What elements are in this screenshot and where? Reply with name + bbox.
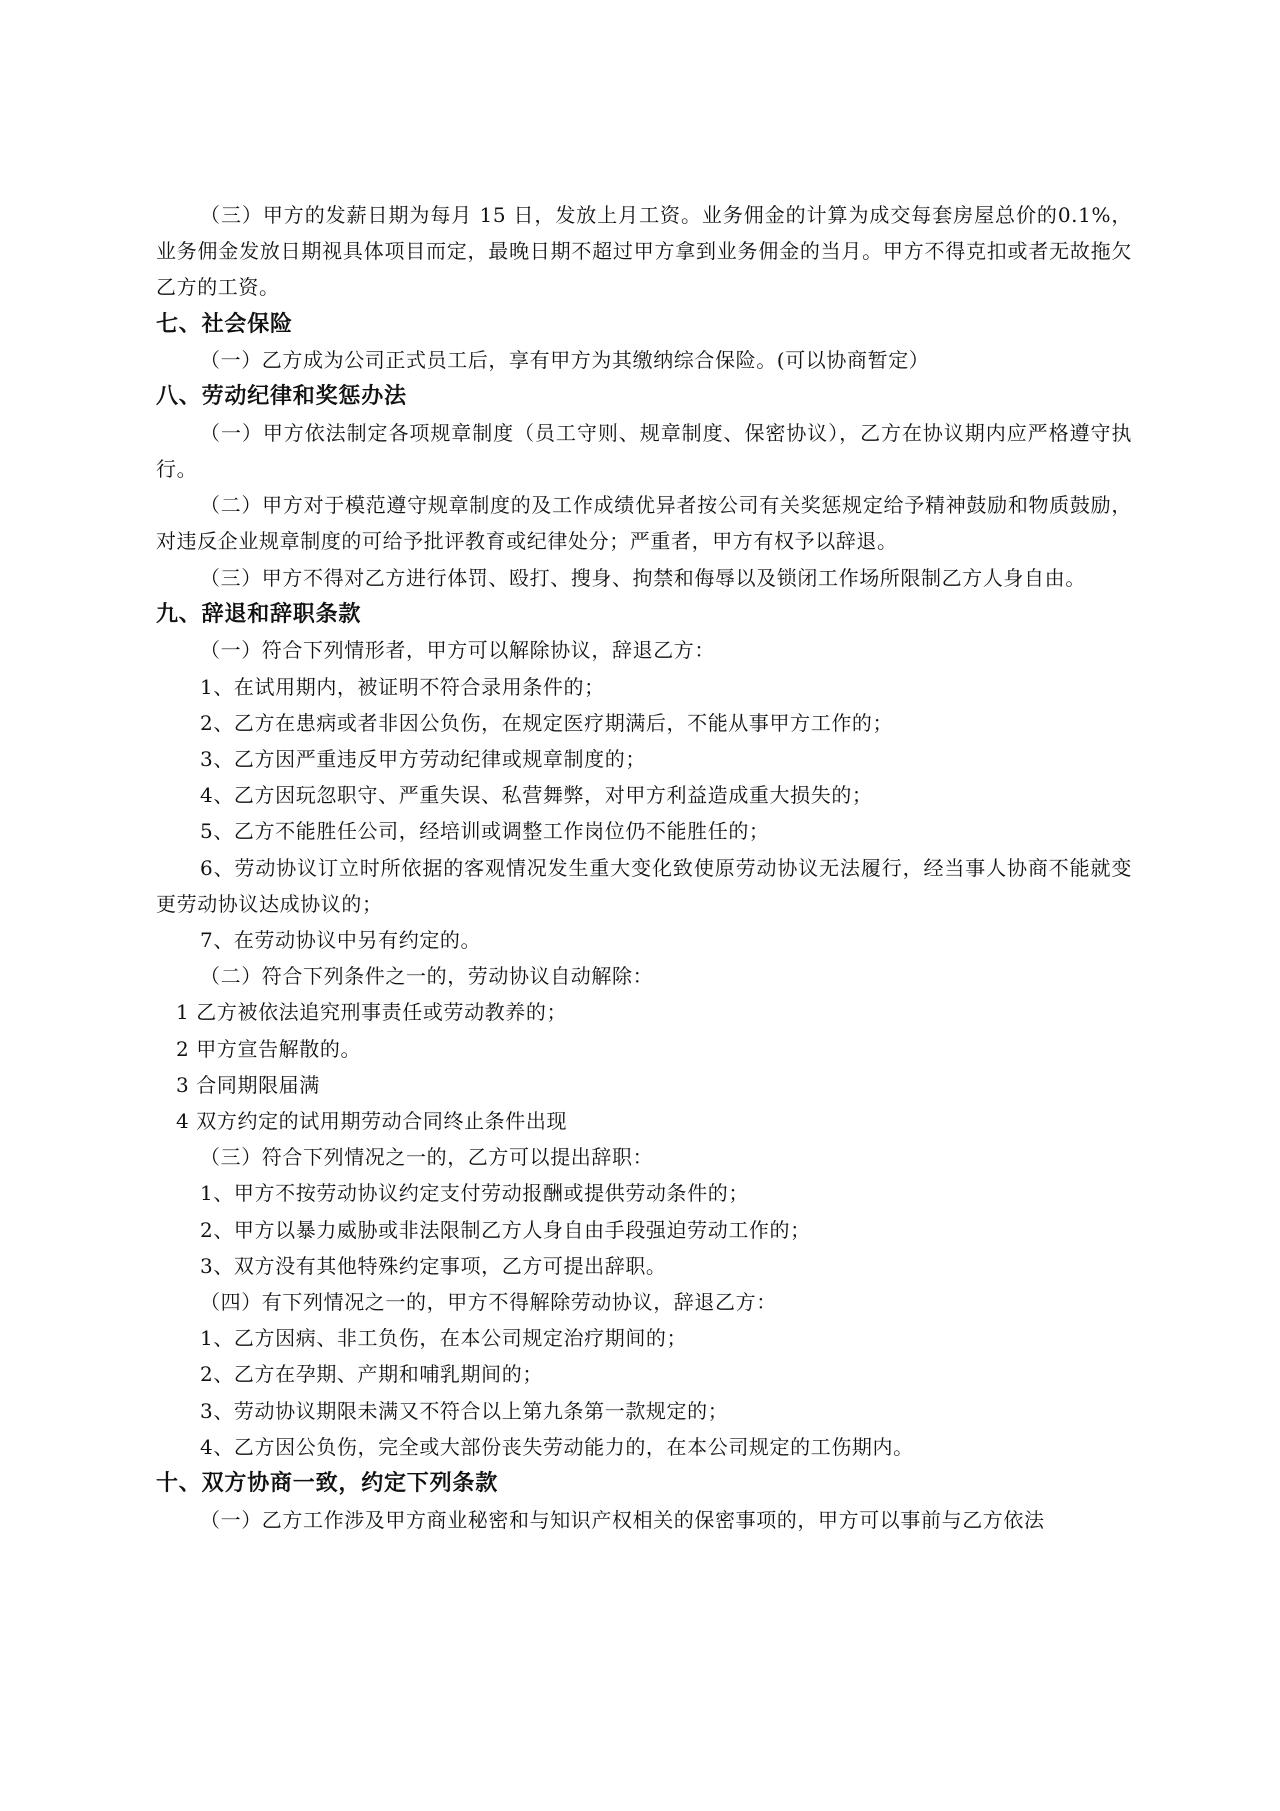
list-item-9-4-3: 3、劳动协议期限未满又不符合以上第九条第一款规定的；	[156, 1393, 1132, 1429]
list-item-9-2-4: 4 双方约定的试用期劳动合同终止条件出现	[156, 1103, 1132, 1139]
list-item-9-4-1: 1、乙方因病、非工负伤，在本公司规定治疗期间的；	[156, 1320, 1132, 1356]
list-item-9-1-3: 3、乙方因严重违反甲方劳动纪律或规章制度的；	[156, 741, 1132, 777]
paragraph-9-1: （一）符合下列情形者，甲方可以解除协议，辞退乙方：	[156, 632, 1132, 668]
heading-section-10: 十、双方协商一致，约定下列条款	[156, 1465, 1132, 1502]
heading-section-7: 七、社会保险	[156, 306, 1132, 343]
list-item-9-2-2: 2 甲方宣告解散的。	[156, 1031, 1132, 1067]
paragraph-9-3: （三）符合下列情况之一的，乙方可以提出辞职：	[156, 1139, 1132, 1175]
list-item-9-1-1: 1、在试用期内，被证明不符合录用条件的；	[156, 669, 1132, 705]
paragraph-8-2: （二）甲方对于模范遵守规章制度的及工作成绩优异者按公司有关奖惩规定给予精神鼓励和…	[156, 487, 1132, 559]
list-item-9-3-3: 3、双方没有其他特殊约定事项，乙方可提出辞职。	[156, 1248, 1132, 1284]
paragraph-8-3: （三）甲方不得对乙方进行体罚、殴打、搜身、拘禁和侮辱以及锁闭工作场所限制乙方人身…	[156, 560, 1132, 596]
list-item-9-1-2: 2、乙方在患病或者非因公负伤，在规定医疗期满后，不能从事甲方工作的；	[156, 705, 1132, 741]
paragraph-7-1: （一）乙方成为公司正式员工后，享有甲方为其缴纳综合保险。(可以协商暂定）	[156, 342, 1132, 378]
heading-section-8: 八、劳动纪律和奖惩办法	[156, 378, 1132, 415]
paragraph-6-3-salary: （三）甲方的发薪日期为每月 15 日，发放上月工资。业务佣金的计算为成交每套房屋…	[156, 197, 1132, 306]
list-item-9-1-4: 4、乙方因玩忽职守、严重失误、私营舞弊，对甲方利益造成重大损失的；	[156, 777, 1132, 813]
heading-section-9: 九、辞退和辞职条款	[156, 596, 1132, 633]
list-item-9-1-5: 5、乙方不能胜任公司，经培训或调整工作岗位仍不能胜任的；	[156, 813, 1132, 849]
list-item-9-2-3: 3 合同期限届满	[156, 1067, 1132, 1103]
paragraph-10-1: （一）乙方工作涉及甲方商业秘密和与知识产权相关的保密事项的，甲方可以事前与乙方依…	[156, 1502, 1132, 1538]
list-item-9-3-2: 2、甲方以暴力威胁或非法限制乙方人身自由手段强迫劳动工作的；	[156, 1212, 1132, 1248]
document-page: （三）甲方的发薪日期为每月 15 日，发放上月工资。业务佣金的计算为成交每套房屋…	[156, 197, 1132, 1538]
list-item-9-1-7: 7、在劳动协议中另有约定的。	[156, 922, 1132, 958]
list-item-9-4-4: 4、乙方因公负伤，完全或大部份丧失劳动能力的，在本公司规定的工伤期内。	[156, 1429, 1132, 1465]
list-item-9-3-1: 1、甲方不按劳动协议约定支付劳动报酬或提供劳动条件的；	[156, 1175, 1132, 1211]
list-item-9-1-6: 6、劳动协议订立时所依据的客观情况发生重大变化致使原劳动协议无法履行，经当事人协…	[156, 850, 1132, 922]
list-item-9-4-2: 2、乙方在孕期、产期和哺乳期间的；	[156, 1356, 1132, 1392]
paragraph-8-1: （一）甲方依法制定各项规章制度（员工守则、规章制度、保密协议），乙方在协议期内应…	[156, 415, 1132, 487]
paragraph-9-2: （二）符合下列条件之一的，劳动协议自动解除：	[156, 958, 1132, 994]
paragraph-9-4: （四）有下列情况之一的，甲方不得解除劳动协议，辞退乙方：	[156, 1284, 1132, 1320]
list-item-9-2-1: 1 乙方被依法追究刑事责任或劳动教养的；	[156, 994, 1132, 1030]
